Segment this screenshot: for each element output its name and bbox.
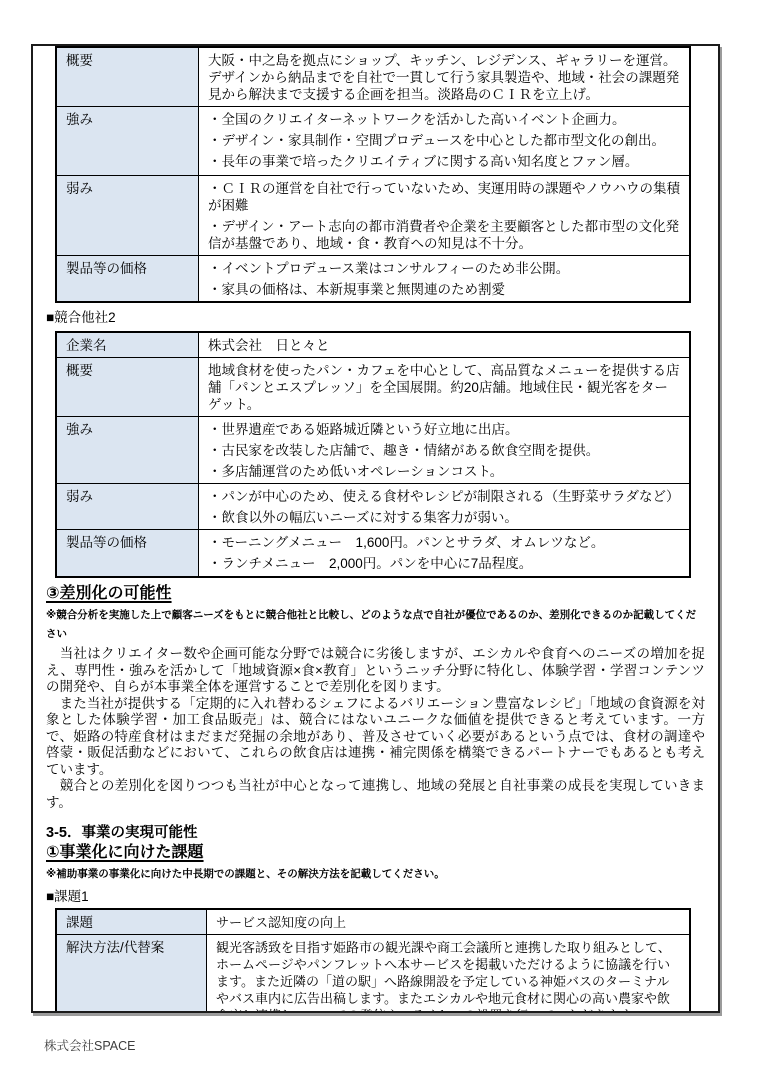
differentiation-heading: ③差別化の可能性 [46, 584, 705, 604]
body-paragraph: また当社が提供する「定期的に入れ替わるシェフによるバリエーション豊富なレシピ」「… [46, 696, 705, 779]
issue1-section-label: ■課題1 [46, 888, 705, 905]
document-page: 概要 大阪・中之島を拠点にショップ、キッチン、レジデンス、ギャラリーを運営。デザ… [0, 0, 768, 1086]
competitor2-table: 企業名 株式会社 日と々と 概要 地域食材を使ったパン・カフェを中心として、高品… [55, 331, 691, 578]
page-border-frame: 概要 大阪・中之島を拠点にショップ、キッチン、レジデンス、ギャラリーを運営。デザ… [31, 44, 720, 1013]
row-header-cell: 概要 [57, 48, 199, 106]
table-row: 弱み ・ＣＩＲの運営を自社で行っていないため、実運用時の課題やノウハウの集積が困… [57, 175, 689, 255]
body-paragraph: 当社はクリエイター数や企画可能な分野では競合に劣後しますが、エシカルや食育へのニ… [46, 646, 705, 696]
competitor2-section-label: ■競合他社2 [46, 309, 705, 326]
row-header-cell: 製品等の価格 [57, 256, 199, 301]
table-row: 製品等の価格 ・モーニングメニュー 1,600円。パンとサラダ、オムレツなど。・… [57, 529, 689, 576]
issue1-table: 課題 サービス認知度の向上 解決方法/代替案 観光客誘致を目指す姫路市の観光課や… [55, 908, 691, 1013]
row-value-cell: ・パンが中心のため、使える食材やレシピが制限される（生野菜サラダなど）・飲食以外… [199, 484, 689, 529]
row-value-cell: ・全国のクリエイターネットワークを活かした高いイベント企画力。・デザイン・家具制… [199, 107, 689, 175]
differentiation-note: ※競合分析を実施した上で顧客ニーズをもとに競合他社と比較し、どのような点で自社が… [46, 606, 705, 644]
table-row: 強み ・全国のクリエイターネットワークを活かした高いイベント企画力。・デザイン・… [57, 106, 689, 175]
row-value-cell: ・イベントプロデュース業はコンサルフィーのため非公開。・家具の価格は、本新規事業… [199, 256, 689, 301]
row-value-cell: サービス認知度の向上 [207, 910, 689, 934]
row-value-cell: ・モーニングメニュー 1,600円。パンとサラダ、オムレツなど。・ランチメニュー… [199, 530, 689, 576]
row-header-cell: 強み [57, 107, 199, 175]
issues-heading: ①事業化に向けた課題 [46, 843, 705, 863]
table-row: 課題 サービス認知度の向上 [57, 910, 689, 934]
row-header-cell: 企業名 [57, 333, 199, 357]
row-header-cell: 課題 [57, 910, 207, 934]
row-header-cell: 弱み [57, 176, 199, 255]
row-value-cell: ・世界遺産である姫路城近隣という好立地に出店。・古民家を改装した店舗で、趣き・情… [199, 417, 689, 483]
table-row: 解決方法/代替案 観光客誘致を目指す姫路市の観光課や商工会議所と連携した取り組み… [57, 934, 689, 1013]
table-row: 概要 地域食材を使ったパン・カフェを中心として、高品質なメニューを提供する店舗「… [57, 357, 689, 416]
footer-company-name: 株式会社SPACE [44, 1039, 135, 1054]
table-row: 概要 大阪・中之島を拠点にショップ、キッチン、レジデンス、ギャラリーを運営。デザ… [57, 48, 689, 106]
table-row: 強み ・世界遺産である姫路城近隣という好立地に出店。・古民家を改装した店舗で、趣… [57, 416, 689, 483]
table-row: 弱み ・パンが中心のため、使える食材やレシピが制限される（生野菜サラダなど）・飲… [57, 483, 689, 529]
row-header-cell: 製品等の価格 [57, 530, 199, 576]
row-header-cell: 強み [57, 417, 199, 483]
table-row: 企業名 株式会社 日と々と [57, 333, 689, 357]
feasibility-heading: 3-5．事業の実現可能性 [46, 824, 705, 842]
row-value-cell: 地域食材を使ったパン・カフェを中心として、高品質なメニューを提供する店舗「パンと… [199, 358, 689, 416]
issues-note: ※補助事業の事業化に向けた中長期での課題と、その解決方法を記載してください。 [46, 866, 705, 882]
row-value-cell: 観光客誘致を目指す姫路市の観光課や商工会議所と連携した取り組みとして、ホームペー… [207, 935, 689, 1013]
row-header-cell: 弱み [57, 484, 199, 529]
competitor1-table: 概要 大阪・中之島を拠点にショップ、キッチン、レジデンス、ギャラリーを運営。デザ… [55, 46, 691, 303]
row-header-cell: 概要 [57, 358, 199, 416]
body-paragraph: 競合との差別化を図りつつも当社が中心となって連携し、地域の発展と自社事業の成長を… [46, 778, 705, 811]
row-value-cell: 株式会社 日と々と [199, 333, 689, 357]
row-value-cell: 大阪・中之島を拠点にショップ、キッチン、レジデンス、ギャラリーを運営。デザインか… [199, 48, 689, 106]
row-header-cell: 解決方法/代替案 [57, 935, 207, 1013]
table-row: 製品等の価格 ・イベントプロデュース業はコンサルフィーのため非公開。・家具の価格… [57, 255, 689, 301]
row-value-cell: ・ＣＩＲの運営を自社で行っていないため、実運用時の課題やノウハウの集積が困難・デ… [199, 176, 689, 255]
differentiation-paragraphs: 当社はクリエイター数や企画可能な分野では競合に劣後しますが、エシカルや食育へのニ… [46, 646, 705, 811]
